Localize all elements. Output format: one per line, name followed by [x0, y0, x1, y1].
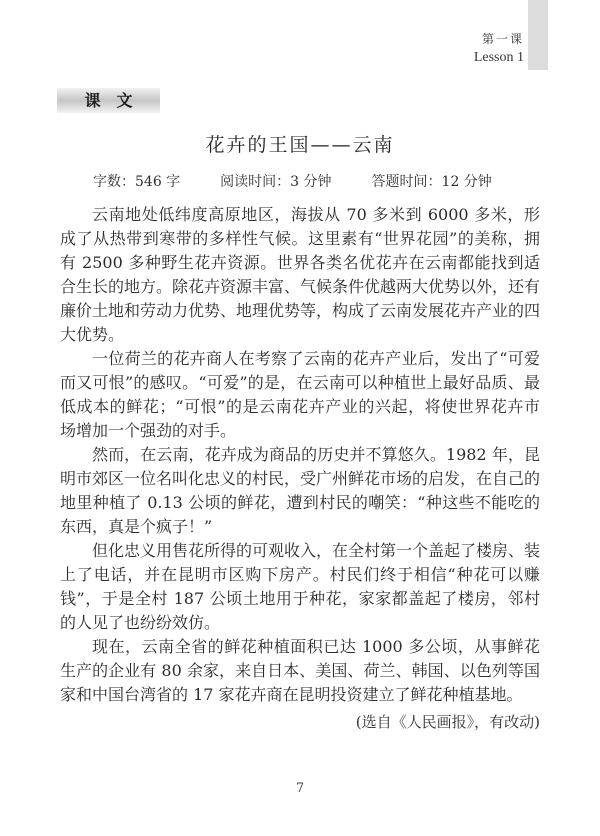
lesson-number-english: Lesson 1 — [474, 51, 524, 65]
lesson-header: 第一课 Lesson 1 — [474, 33, 524, 65]
paragraph: 但化忠义用售花所得的可观收入，在全村第一个盖起了楼房、装上了电话，并在昆明市区购… — [60, 539, 540, 635]
word-count-label: 字数：546 字 — [93, 171, 180, 191]
answer-time-label: 答题时间：12 分钟 — [372, 171, 492, 191]
section-label-kewen: 课 文 — [57, 88, 160, 113]
body-paragraphs: 云南地处低纬度高原地区，海拔从 70 多米到 6000 多米，形成了从热带到寒带… — [60, 203, 540, 707]
paragraph: 一位荷兰的花卉商人在考察了云南的花卉产业后，发出了“可爱而又可恨”的感叹。“可爱… — [60, 347, 540, 443]
lesson-title: 花卉的王国——云南 — [0, 130, 600, 157]
page-number: 7 — [0, 781, 600, 796]
paragraph: 然而，在云南，花卉成为商品的历史并不算悠久。1982 年，昆明市郊区一位名叫化忠… — [60, 443, 540, 539]
source-attribution: (选自《人民画报》，有改动) — [60, 710, 540, 734]
paragraph: 现在，云南全省的鲜花种植面积已达 1000 多公顷，从事鲜花生产的企业有 80 … — [60, 635, 540, 707]
meta-info-row: 字数：546 字 阅读时间：3 分钟 答题时间：12 分钟 — [93, 171, 492, 191]
textbook-page: 第一课 Lesson 1 课 文 花卉的王国——云南 字数：546 字 阅读时间… — [0, 0, 600, 836]
paragraph: 云南地处低纬度高原地区，海拔从 70 多米到 6000 多米，形成了从热带到寒带… — [60, 203, 540, 347]
corner-accent-bar — [528, 0, 548, 70]
lesson-body: 云南地处低纬度高原地区，海拔从 70 多米到 6000 多米，形成了从热带到寒带… — [60, 203, 540, 734]
reading-time-label: 阅读时间：3 分钟 — [220, 171, 331, 191]
lesson-number-chinese: 第一课 — [474, 33, 524, 45]
